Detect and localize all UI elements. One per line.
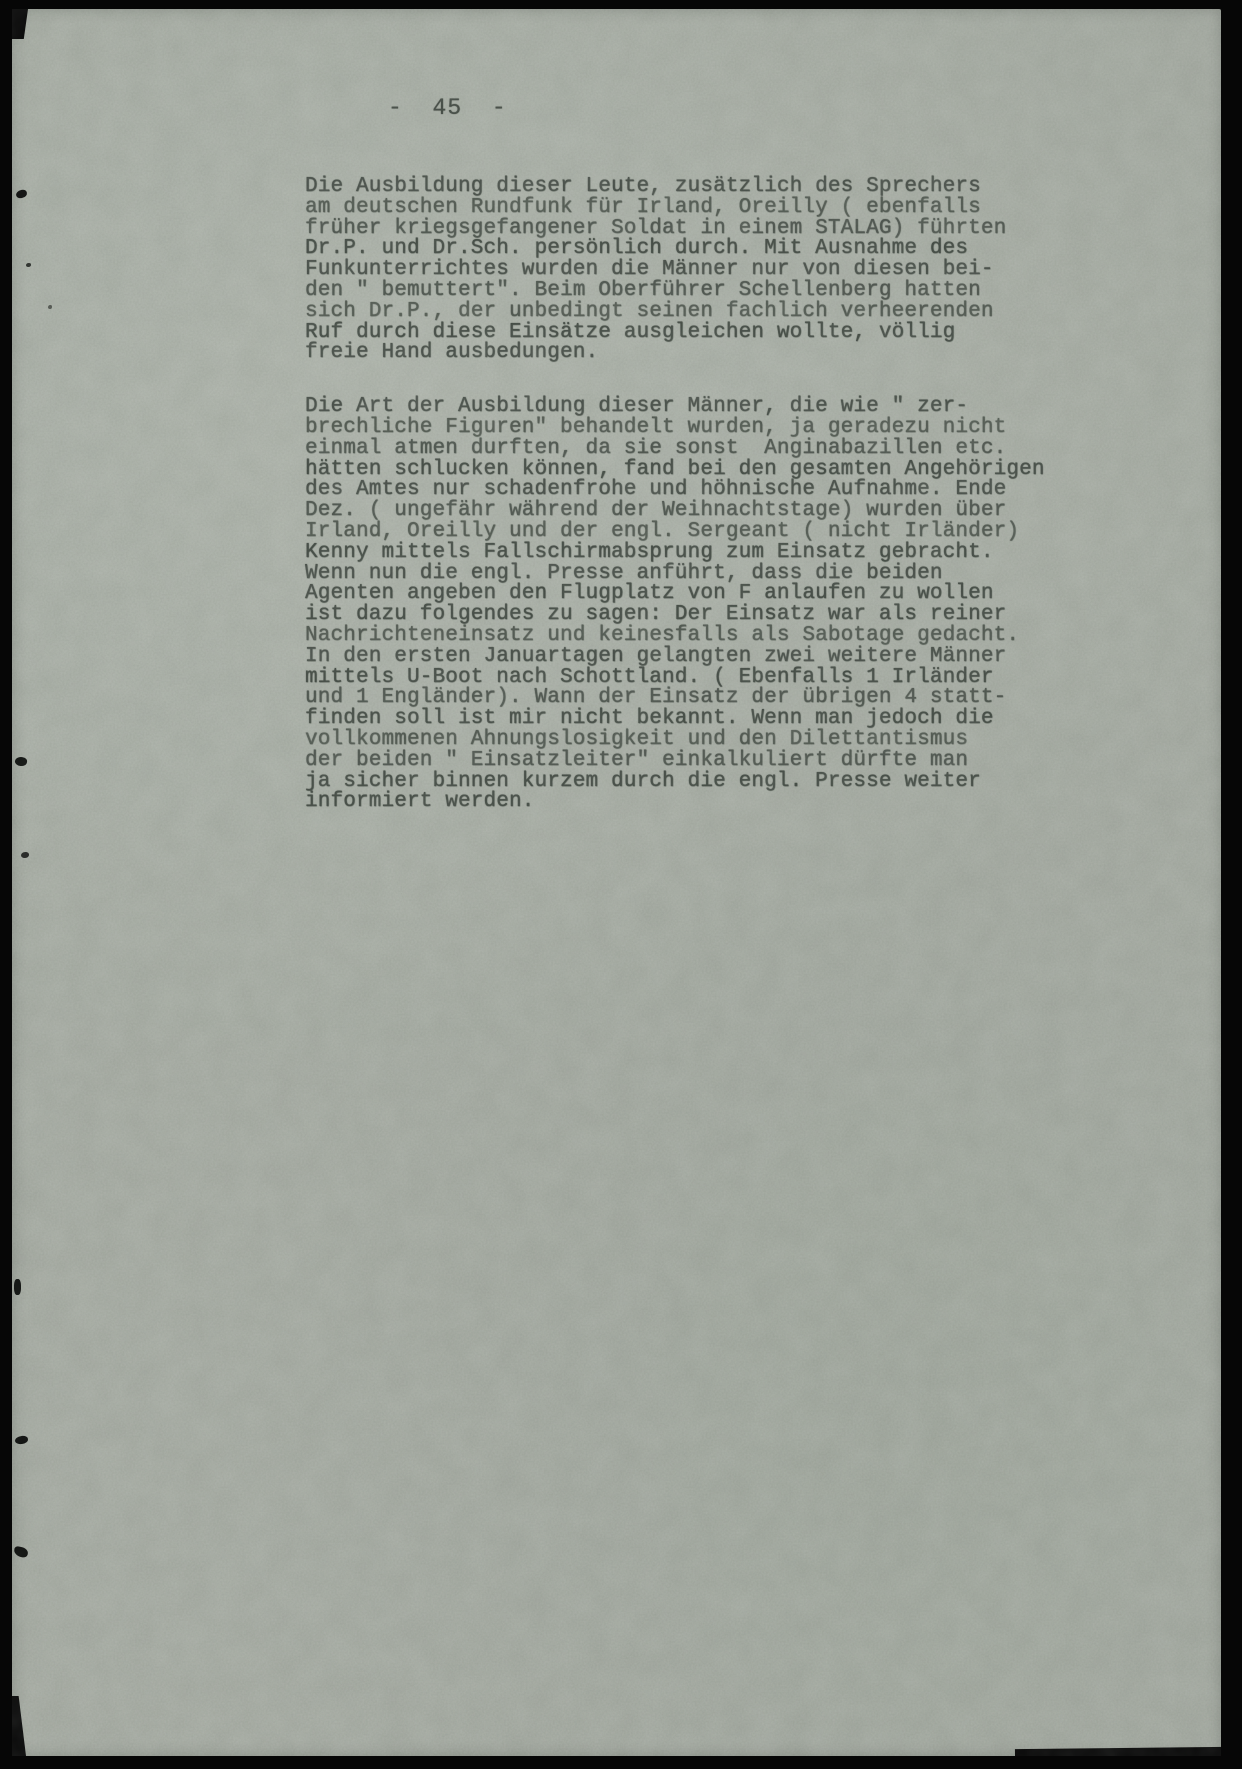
- text-line: Nachrichteneinsatz und keinesfalls als S…: [305, 626, 1035, 647]
- edge-mark: [21, 852, 29, 858]
- edge-mark: [14, 756, 27, 767]
- scan-edge-wedge: [5, 1696, 26, 1756]
- text-line: ist dazu folgendes zu sagen: Der Einsatz…: [305, 605, 1035, 626]
- edge-mark: [15, 189, 27, 199]
- text-line: brechliche Figuren" behandelt wurden, ja…: [305, 418, 1035, 439]
- document-page: - 45 - Die Ausbildung dieser Leute, zusä…: [12, 9, 1221, 1756]
- document-text: Die Ausbildung dieser Leute, zusätzlich …: [305, 177, 1035, 846]
- scanned-document-screenshot: { "colors": { "paper": "#adb3aa", "ink":…: [0, 0, 1242, 1769]
- text-line: vollkommenen Ahnungslosigkeit und den Di…: [305, 730, 1035, 751]
- scan-edge-wedge: [1015, 1747, 1225, 1763]
- scan-edge-wedge: [8, 9, 28, 39]
- text-line: früher kriegsgefangener Soldat in einem …: [305, 219, 1035, 240]
- text-line: Irland, Oreilly und der engl. Sergeant (…: [305, 522, 1035, 543]
- text-line: und 1 Engländer). Wann der Einsatz der ü…: [305, 688, 1035, 709]
- edge-mark: [14, 1279, 21, 1295]
- text-line: Wenn nun die engl. Presse anführt, dass …: [305, 564, 1035, 585]
- text-line: Die Art der Ausbildung dieser Männer, di…: [305, 397, 1035, 418]
- page-number: - 45 -: [388, 95, 507, 121]
- text-line: am deutschen Rundfunk für Irland, Oreill…: [305, 198, 1035, 219]
- text-line: sich Dr.P., der unbedingt seinen fachlic…: [305, 302, 1035, 323]
- edge-mark: [15, 1435, 29, 1444]
- text-line: finden soll ist mir nicht bekannt. Wenn …: [305, 709, 1035, 730]
- text-line: der beiden " Einsatzleiter" einkalkulier…: [305, 751, 1035, 772]
- edge-mark: [26, 263, 31, 267]
- text-line: In den ersten Januartagen gelangten zwei…: [305, 647, 1035, 668]
- edge-mark: [13, 1546, 29, 1558]
- text-line: informiert werden.: [305, 792, 1035, 813]
- text-line: Dez. ( ungefähr während der Weihnachtsta…: [305, 501, 1035, 522]
- text-line: Kenny mittels Fallschirmabsprung zum Ein…: [305, 543, 1035, 564]
- paragraph: Die Ausbildung dieser Leute, zusätzlich …: [305, 177, 1035, 364]
- text-line: Die Ausbildung dieser Leute, zusätzlich …: [305, 177, 1035, 198]
- text-line: den " bemuttert". Beim Oberführer Schell…: [305, 281, 1035, 302]
- paragraph: Die Art der Ausbildung dieser Männer, di…: [305, 397, 1035, 813]
- text-line: einmal atmen durften, da sie sonst Angin…: [305, 439, 1035, 460]
- text-line: freie Hand ausbedungen.: [305, 343, 1035, 364]
- edge-mark: [48, 305, 52, 309]
- text-line: Funkunterrichtes wurden die Männer nur v…: [305, 260, 1035, 281]
